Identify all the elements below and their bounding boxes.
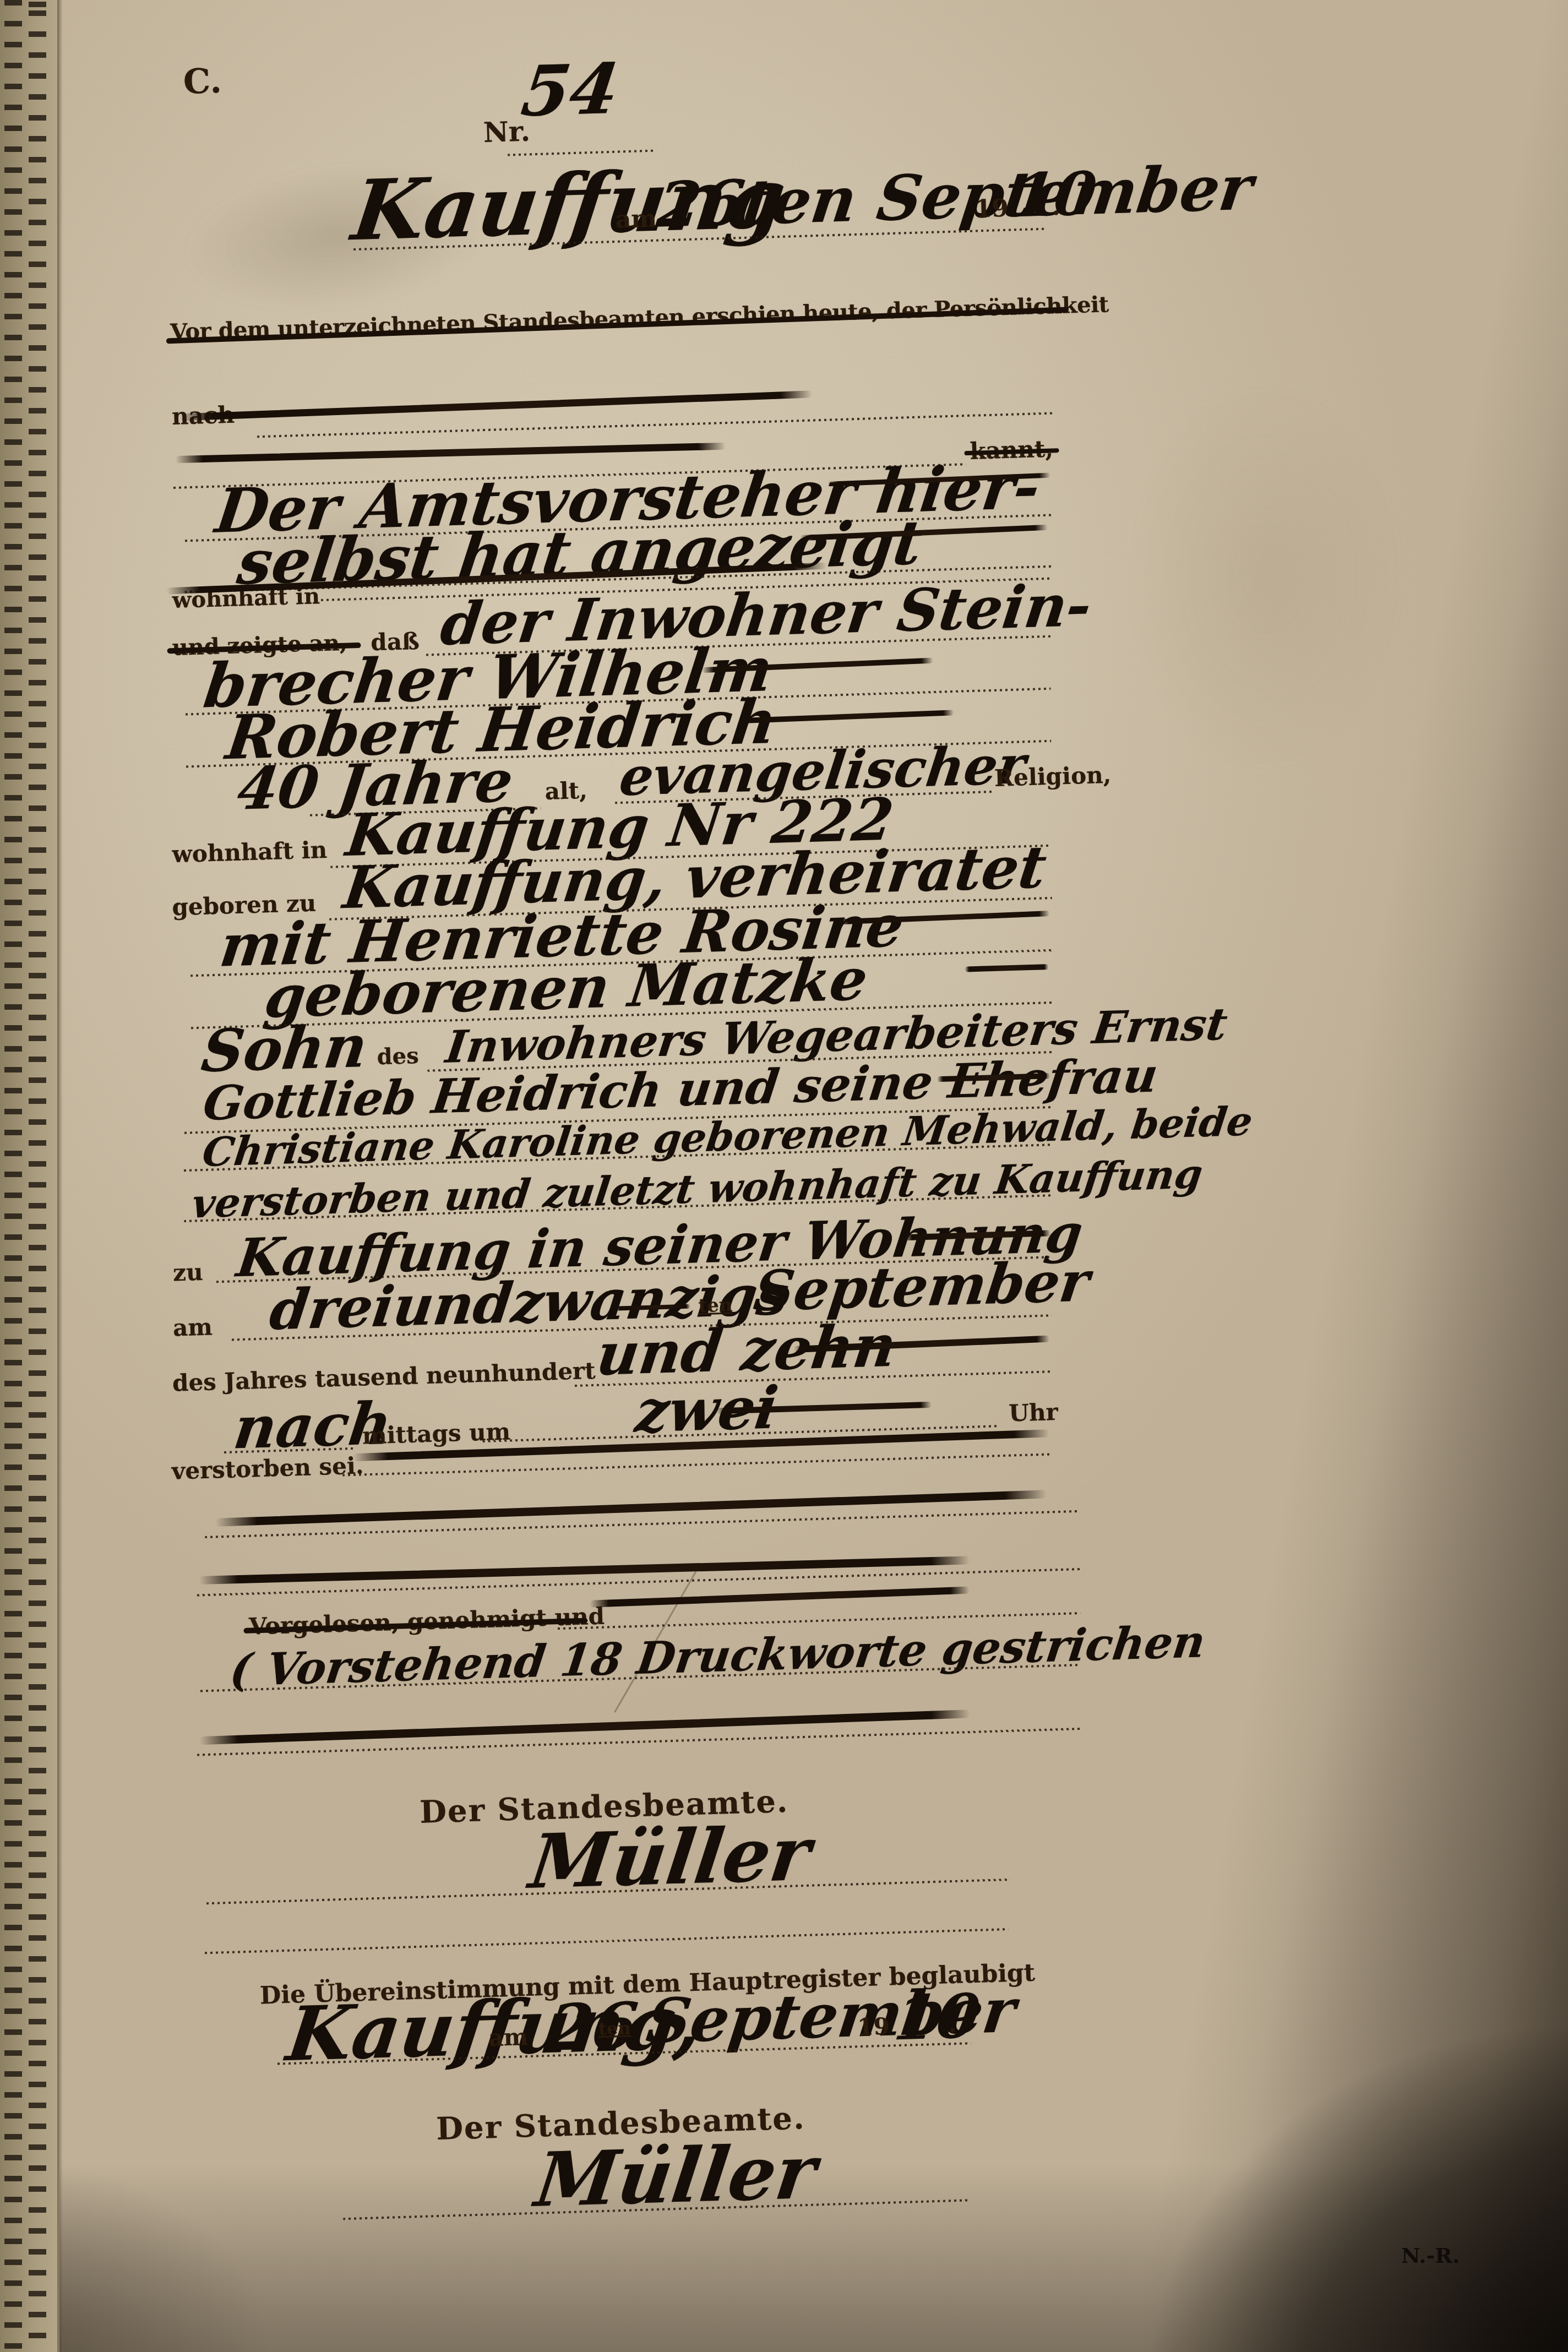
des-label: des bbox=[377, 1043, 419, 1070]
binding-page-edges bbox=[4, 0, 22, 2352]
pen-cancel-stroke bbox=[179, 390, 813, 421]
religion-label: Religion, bbox=[994, 762, 1111, 792]
record-number-value: 54 bbox=[518, 55, 623, 127]
verstorben-sei-label: verstorben sei. bbox=[171, 1452, 364, 1485]
document-photo: C. Nr. 54 Kauffung am 26ten September 19… bbox=[0, 0, 1568, 2352]
certify-year-printed: 19 bbox=[857, 2013, 890, 2041]
certify-period: . bbox=[948, 2011, 957, 2038]
corner-register-mark: N.-R. bbox=[1401, 2244, 1460, 2268]
binding-page-edges bbox=[29, 0, 46, 2352]
pen-cancel-stroke bbox=[175, 443, 726, 463]
certify-ten-suffix-label: ten bbox=[598, 2018, 631, 2039]
book-binding bbox=[0, 0, 59, 2352]
dotted-line bbox=[257, 412, 1052, 438]
death-month-handwritten: September bbox=[751, 1254, 1092, 1319]
pen-cancel-stroke bbox=[215, 1490, 1047, 1526]
register-form-page: C. Nr. 54 Kauffung am 26ten September 19… bbox=[55, 0, 1568, 2352]
certify-year-handwritten: 10 bbox=[891, 1985, 983, 2049]
form-section-letter: C. bbox=[183, 61, 222, 101]
ten-suffix-label: ten bbox=[698, 1294, 733, 1317]
head-period: . bbox=[1052, 193, 1061, 221]
uhr-label: Uhr bbox=[1009, 1399, 1059, 1427]
dotted-line bbox=[205, 1928, 1008, 1954]
pen-flourish-stroke bbox=[965, 964, 1048, 972]
am-label: am bbox=[172, 1314, 213, 1341]
pen-cancel-stroke bbox=[199, 1709, 970, 1745]
sohn-handwritten: Sohn bbox=[199, 1017, 371, 1080]
head-am-label: am bbox=[615, 205, 657, 235]
head-year-printed: 19 bbox=[974, 195, 1009, 224]
mittags-um-label: mittags um bbox=[362, 1418, 510, 1449]
binding-edge-shadow bbox=[57, 0, 63, 2352]
pen-cancel-stroke bbox=[590, 1586, 970, 1607]
zu-label: zu bbox=[172, 1259, 203, 1287]
wohnhaft-label: wohnhaft in bbox=[172, 837, 328, 868]
head-date-handwritten: 26ten September bbox=[654, 157, 1256, 237]
certify-am-label: am bbox=[488, 2024, 529, 2051]
pen-cancel-stroke bbox=[199, 1556, 970, 1585]
